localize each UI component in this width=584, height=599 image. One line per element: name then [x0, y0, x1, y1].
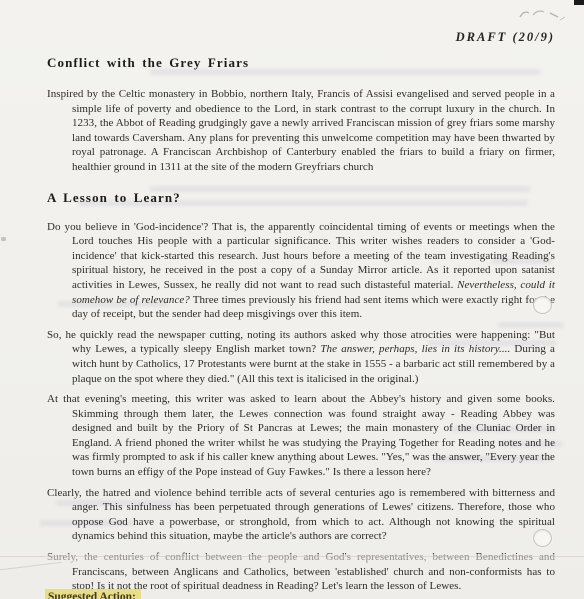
hole-punch [533, 296, 552, 314]
document-content: DRAFT (20/9) Conflict with the Grey Fria… [47, 0, 555, 594]
suggested-action-highlight: Suggested Action: [45, 589, 141, 599]
section-heading: A Lesson to Learn? [47, 190, 555, 206]
scan-corner-mark [574, 0, 584, 5]
paragraph-god-incidence: Do you believe in 'God-incidence'? That … [47, 220, 555, 322]
pencil-mark [516, 4, 568, 26]
draft-label: DRAFT (20/9) [47, 30, 555, 45]
hole-punch [533, 529, 552, 547]
paragraph-newspaper-cutting: So, he quickly read the newspaper cuttin… [47, 328, 555, 386]
pencil-smudge [1, 237, 6, 241]
paragraph-hatred-violence: Clearly, the hatred and violence behind … [47, 486, 555, 544]
crease-line [0, 556, 584, 557]
paragraph-intro: Inspired by the Celtic monastery in Bobb… [47, 87, 555, 175]
scanned-document-page: DRAFT (20/9) Conflict with the Grey Fria… [0, 0, 584, 599]
document-title: Conflict with the Grey Friars [47, 55, 555, 71]
paragraph-evening-meeting: At that evening's meeting, this writer w… [47, 392, 555, 480]
